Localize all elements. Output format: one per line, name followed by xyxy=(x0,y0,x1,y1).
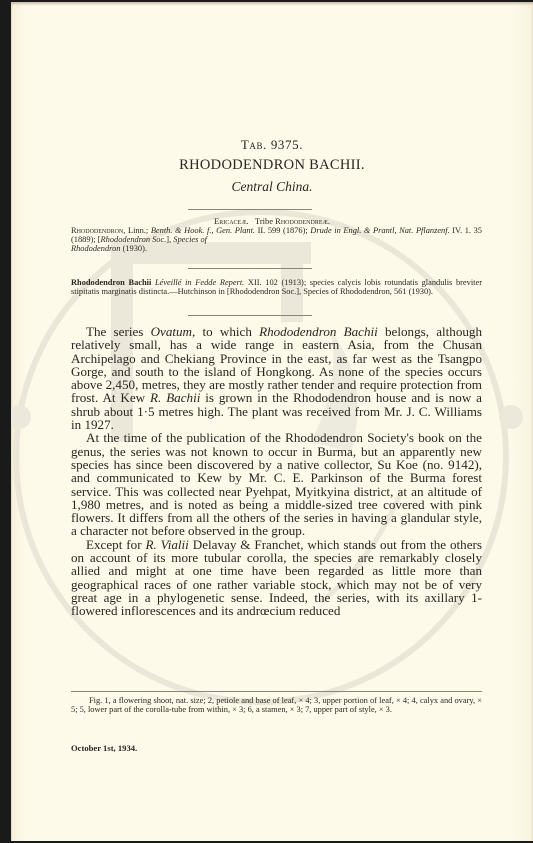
tab-number: Tab. 9375. xyxy=(11,137,533,153)
species-author: Léveillé in Fedde Repert. xyxy=(155,278,244,287)
document-page: Tab. 9375. RHODODENDRON BACHII. Central … xyxy=(11,2,533,841)
paragraph-1: The series Ovatum, to which Rhododendron… xyxy=(71,325,482,431)
genus-name: Rhododendron xyxy=(71,226,123,235)
paragraph-3: Except for R. Vialii Delavay & Franchet,… xyxy=(71,538,482,618)
region-subtitle: Central China. xyxy=(11,179,533,195)
species-name: Rhododendron Bachii xyxy=(71,278,151,287)
footnote-rule xyxy=(71,691,482,692)
tribe-name: Rhododendreæ. xyxy=(275,216,330,226)
publication-date: October 1st, 1934. xyxy=(71,743,137,753)
genus-reference: Rhododendron, Linn.; Benth. & Hook. f., … xyxy=(71,226,482,253)
separator-rule xyxy=(188,209,312,210)
tribe-label: Tribe xyxy=(255,216,273,226)
document-content: Tab. 9375. RHODODENDRON BACHII. Central … xyxy=(11,2,533,841)
family-classification: Ericaceæ. Tribe Rhododendreæ. xyxy=(11,216,533,226)
plate-title: RHODODENDRON BACHII. xyxy=(11,157,533,174)
separator-rule xyxy=(188,268,312,269)
family-name: Ericaceæ. xyxy=(214,216,249,226)
species-reference: Rhododendron Bachii Léveillé in Fedde Re… xyxy=(71,278,482,296)
separator-rule xyxy=(188,315,312,316)
body-text: The series Ovatum, to which Rhododendron… xyxy=(71,325,482,618)
paragraph-2: At the time of the publication of the Rh… xyxy=(71,431,482,537)
figure-caption: Fig. 1, a flowering shoot, nat. size; 2,… xyxy=(71,696,482,714)
